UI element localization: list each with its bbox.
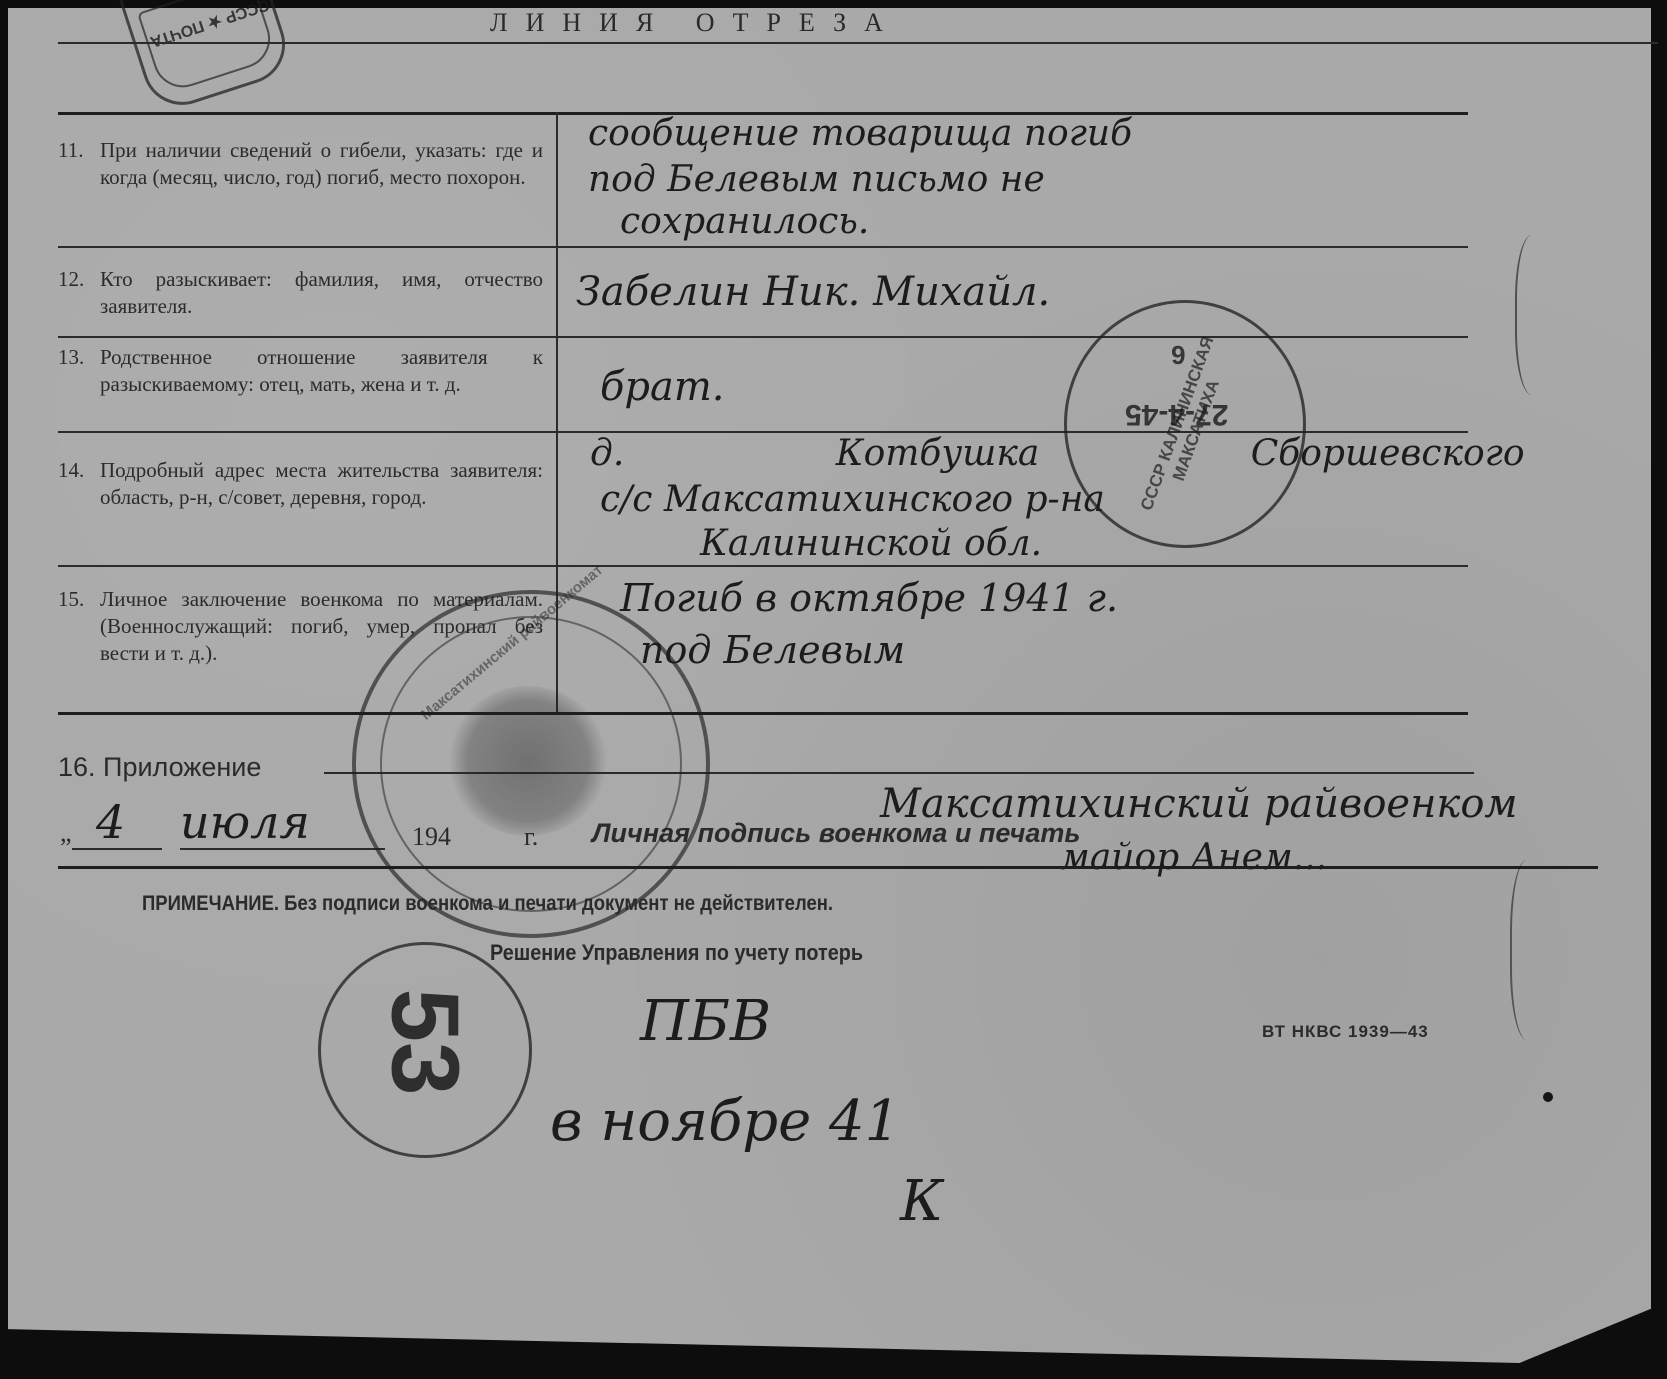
item-11-label: 11. При наличии сведений о гибели, указа…	[58, 137, 543, 191]
row-rule-11	[58, 246, 1468, 248]
item-15-answer-line-2: под Белевым	[640, 628, 905, 672]
item-15-answer-line-1: Погиб в октябре 1941 г.	[620, 576, 1118, 620]
date-month-underline	[180, 848, 385, 850]
validity-note: ПРИМЕЧАНИЕ. Без подписи военкома и печат…	[142, 892, 833, 916]
signature-line-2: майор Анем...	[1060, 836, 1327, 880]
item-13-label: 13. Родственное отношение заявителя к ра…	[58, 344, 543, 398]
item-14-answer-line-3: Калининской обл.	[700, 522, 1042, 566]
paper-tear	[1510, 860, 1552, 1040]
item-13-answer: брат.	[600, 365, 725, 409]
decision-code: ПБВ	[640, 1000, 771, 1044]
date-month: июля	[180, 800, 310, 844]
cut-line	[58, 42, 1658, 44]
item-11-answer-line-1: сообщение товарища погиб	[588, 112, 1132, 156]
signature-rule	[58, 866, 1598, 869]
decision-date: в ноябре 41	[550, 1100, 900, 1144]
decision-initial: К	[900, 1180, 943, 1224]
item-14-label: 14. Подробный адрес места жительства зая…	[58, 457, 543, 511]
item-11-answer-line-2: под Белевым письмо не	[588, 158, 1045, 202]
cut-line-label: ЛИНИЯ ОТРЕЗА	[490, 8, 901, 38]
date-day: 4	[96, 800, 125, 844]
round-stamp-number: 53	[369, 989, 479, 1096]
military-commissariat-seal: Максатихинский райвоенкомат	[352, 590, 710, 938]
item-text: Подробный адрес места жительства заявите…	[100, 457, 543, 511]
table-bottom-rule	[58, 712, 1468, 715]
decision-heading: Решение Управления по учету потерь	[490, 940, 863, 966]
post-stamp-date: 27-4-45	[1125, 397, 1228, 431]
item-text: Родственное отношение заявителя к разыск…	[100, 344, 543, 398]
signature-line-1: Максатихинский райвоенком	[880, 782, 1518, 826]
paper-tear	[1515, 235, 1557, 395]
printer-mark: ВТ НКВС 1939—43	[1262, 1022, 1429, 1042]
item-14-answer-line-1: д. Котбушка Сборшевского	[590, 432, 1525, 476]
round-number-stamp: 53	[318, 942, 532, 1158]
item-text: Кто разыскивает: фамилия, имя, отчество …	[100, 266, 543, 320]
item-12-label: 12. Кто разыскивает: фамилия, имя, отчес…	[58, 266, 543, 320]
item-14-answer-line-2: с/с Максатихинского р-на	[600, 478, 1105, 522]
post-stamp-number: 6	[1171, 339, 1185, 370]
seal-emblem	[448, 686, 608, 836]
item-number: 13.	[58, 344, 100, 398]
item-number: 12.	[58, 266, 100, 320]
paper-hole	[1543, 1092, 1553, 1102]
post-office-stamp: СССР КАЛИНИНСКАЯ МАКСАТИХА 6 27-4-45	[1064, 300, 1306, 548]
item-text: При наличии сведений о гибели, указать: …	[100, 137, 543, 191]
item-12-answer: Забелин Ник. Михайл.	[576, 270, 1050, 314]
item-number: 14.	[58, 457, 100, 511]
date-quote: „	[60, 818, 72, 848]
item-11-answer-line-3: сохранилось.	[620, 200, 869, 244]
item-number: 15.	[58, 586, 100, 667]
date-day-underline	[72, 848, 162, 850]
attachment-label: 16. Приложение	[58, 752, 261, 783]
item-number: 11.	[58, 137, 100, 191]
